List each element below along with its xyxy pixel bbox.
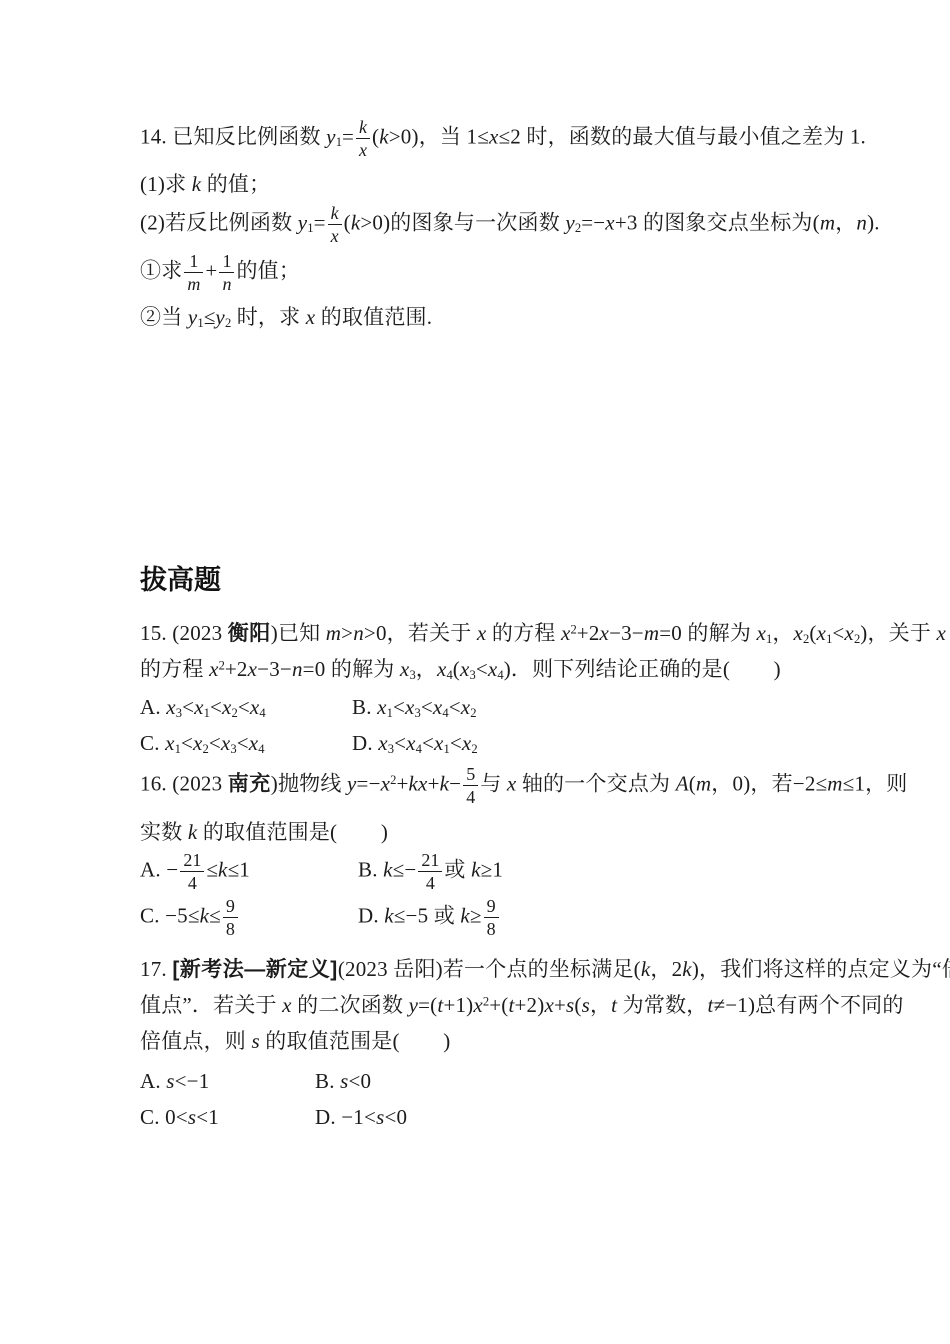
problem-15-option-b: B. x1<x3<x4<x2	[352, 694, 477, 722]
problem-14-part-1: (1)求 k 的值；	[140, 171, 270, 197]
problem-14-part-2: (2)若反比例函数 y1=kx(k>0)的图象与一次函数 y2=−x+3 的图象…	[140, 203, 880, 246]
fraction: 214	[180, 850, 204, 893]
fraction: 98	[484, 896, 499, 939]
problem-14-subpart-1: ①求1m+1n的值；	[140, 251, 300, 294]
fraction: 1m	[184, 251, 203, 294]
problem-15-option-a: A. x3<x1<x2<x4	[140, 694, 266, 722]
problem-16-option-b: B. k≤−214或 k≥1	[358, 850, 503, 893]
problem-15-line-1: 15. (2023 衡阳)已知 m>n>0，若关于 x 的方程 x2+2x−3−…	[140, 620, 946, 648]
problem-16-line-2: 实数 k 的取值范围是( )	[140, 819, 388, 845]
problem-15-line-2: 的方程 x2+2x−3−n=0 的解为 x3，x4(x3<x4)．则下列结论正确…	[140, 656, 781, 684]
problem-17-option-a: A. s<−1	[140, 1068, 209, 1094]
fraction: kx	[328, 203, 342, 246]
problem-14-line-1: 14. 已知反比例函数 y1=kx(k>0)，当 1≤x≤2 时，函数的最大值与…	[140, 117, 866, 160]
math-worksheet-page: 14. 已知反比例函数 y1=kx(k>0)，当 1≤x≤2 时，函数的最大值与…	[0, 0, 950, 1344]
fraction: 1n	[219, 251, 234, 294]
problem-15-option-c: C. x1<x2<x3<x4	[140, 730, 265, 758]
problem-16-option-c: C. −5≤k≤98	[140, 896, 240, 939]
fraction: 214	[418, 850, 442, 893]
problem-17-line-3: 倍值点，则 s 的取值范围是( )	[140, 1028, 450, 1054]
problem-17-line-2: 值点”．若关于 x 的二次函数 y=(t+1)x2+(t+2)x+s(s，t 为…	[140, 992, 904, 1018]
problem-17-line-1: 17. [新考法—新定义](2023 岳阳)若一个点的坐标满足(k，2k)，我们…	[140, 956, 950, 983]
problem-15-option-d: D. x3<x4<x1<x2	[352, 730, 478, 758]
problem-17-option-d: D. −1<s<0	[315, 1104, 407, 1130]
problem-16-option-a: A. −214≤k≤1	[140, 850, 250, 893]
problem-14-subpart-2: ②当 y1≤y2 时，求 x 的取值范围.	[140, 304, 432, 332]
problem-17-option-b: B. s<0	[315, 1068, 371, 1094]
fraction: 54	[463, 764, 478, 807]
fraction: kx	[356, 117, 370, 160]
section-header-advanced-problems: 拔高题	[140, 566, 221, 596]
fraction: 98	[223, 896, 238, 939]
problem-16-line-1: 16. (2023 南充)抛物线 y=−x2+kx+k−54与 x 轴的一个交点…	[140, 764, 907, 807]
problem-16-option-d: D. k≤−5 或 k≥98	[358, 896, 501, 939]
problem-17-option-c: C. 0<s<1	[140, 1104, 219, 1130]
